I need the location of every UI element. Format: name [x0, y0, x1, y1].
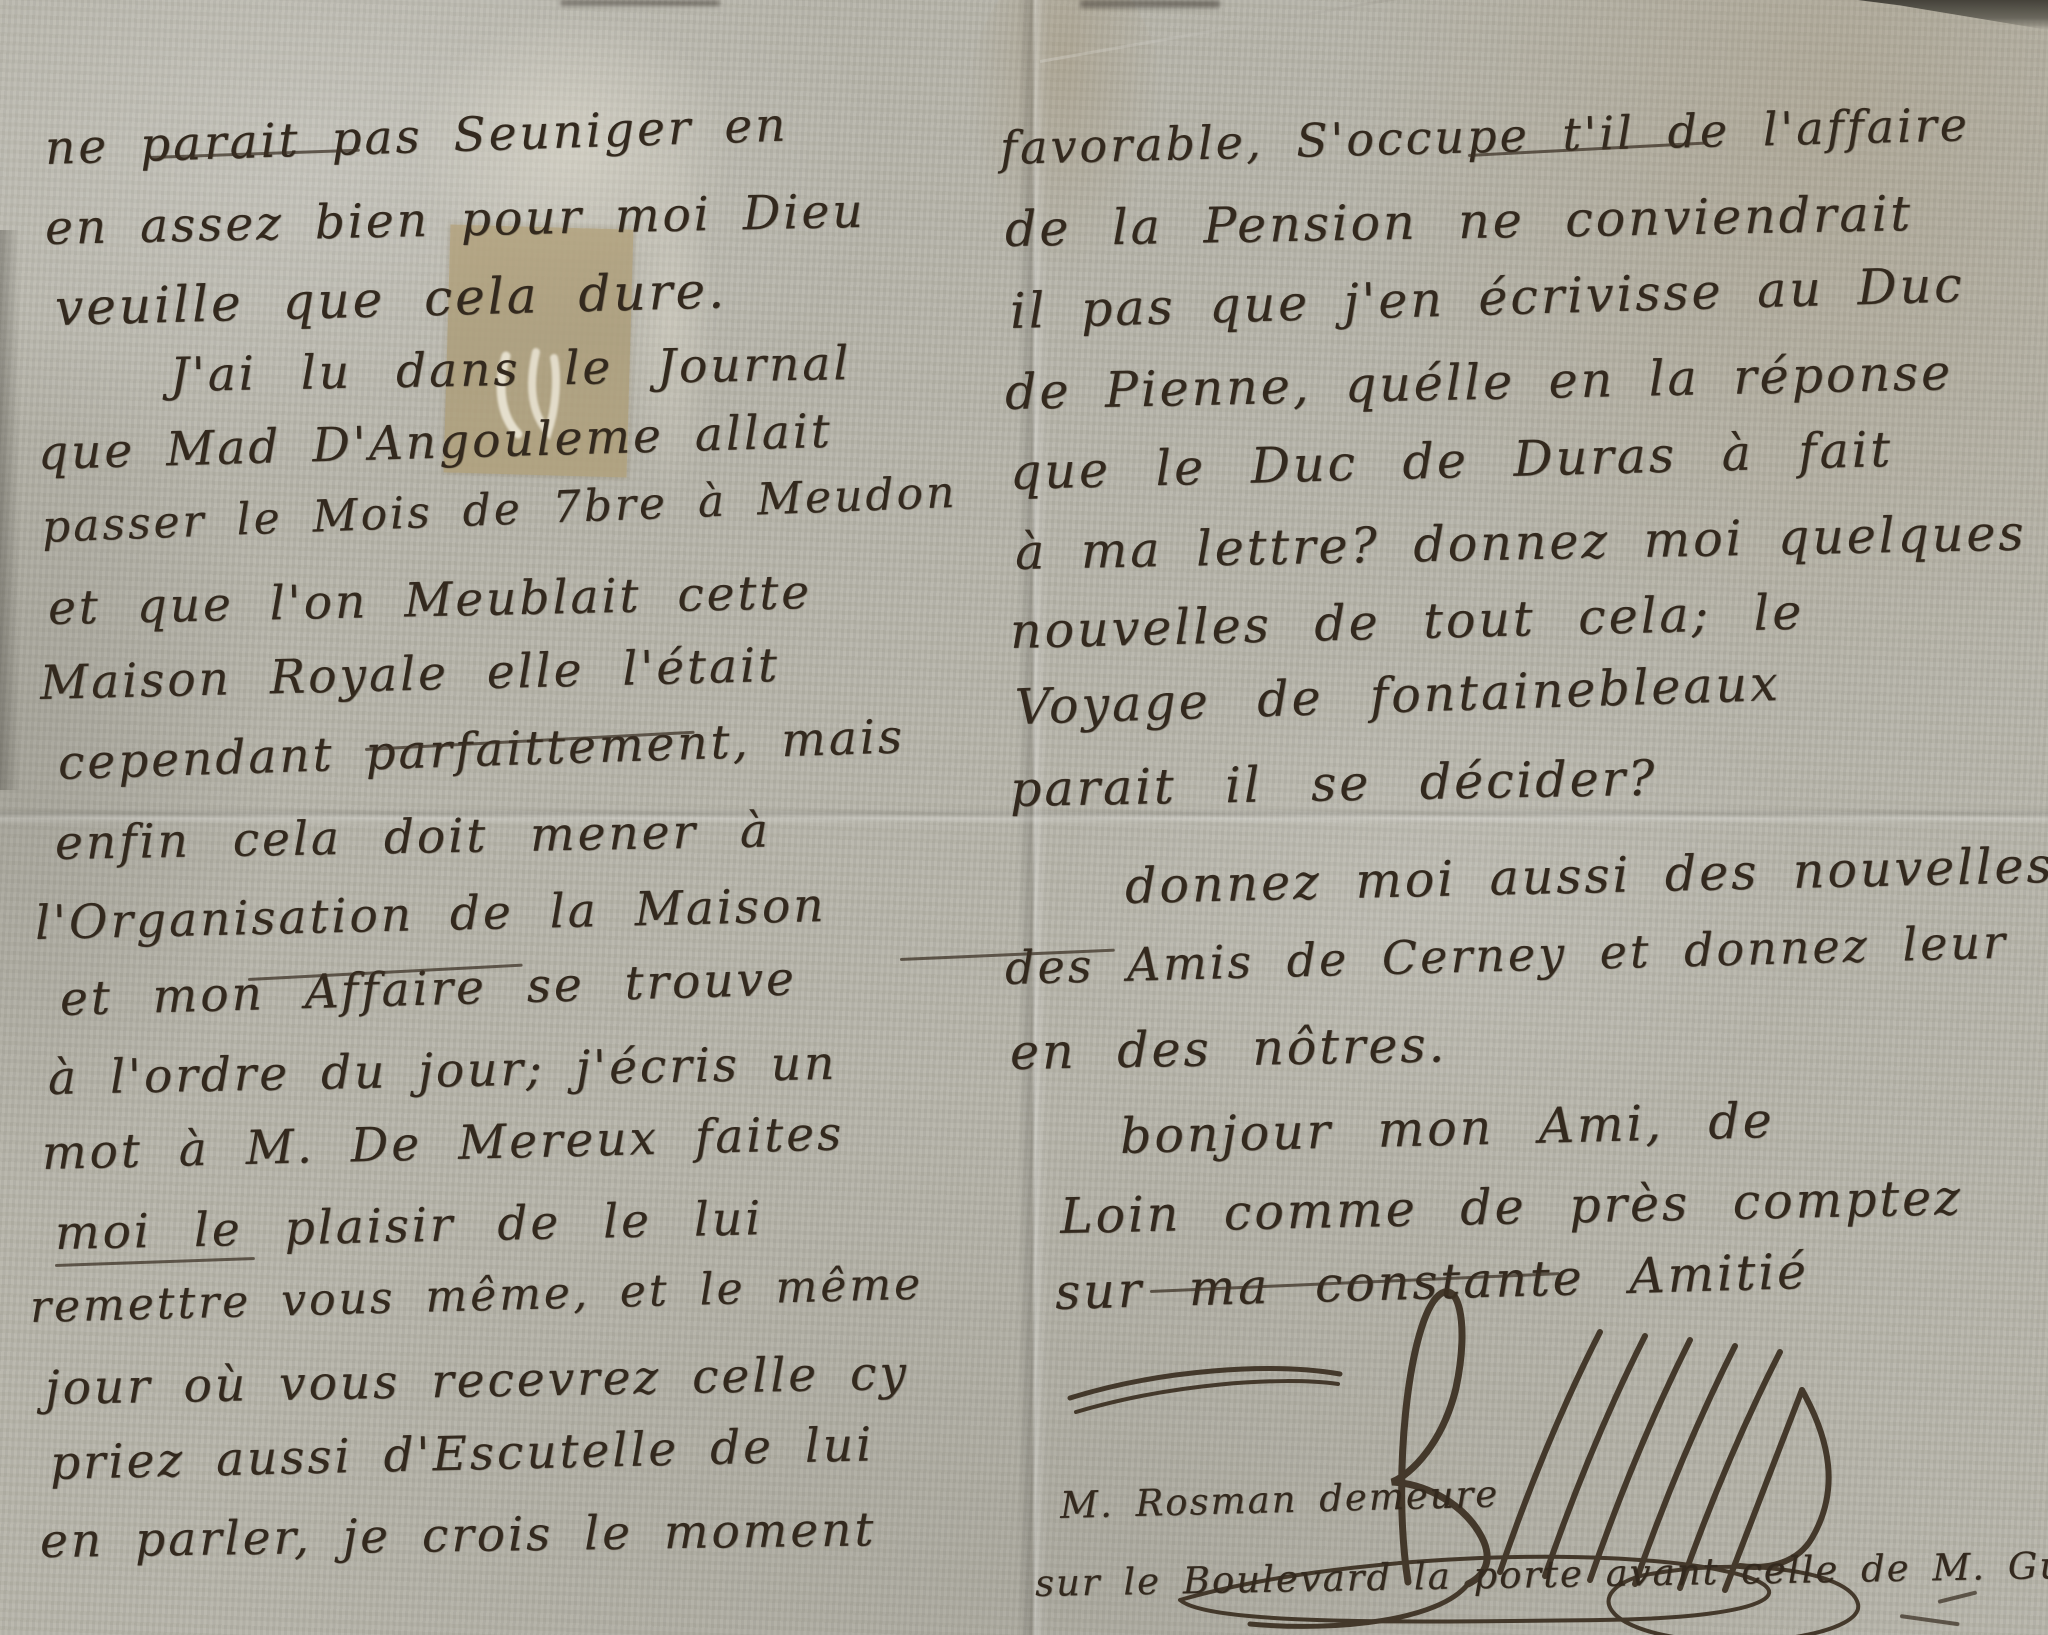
postscript-line: M. Rosman demeure: [1060, 1476, 1500, 1524]
left-edge-shadow: [0, 230, 20, 790]
handwritten-line: de la Pension ne conviendrait: [1005, 189, 1914, 254]
handwritten-line: enfin cela doit mener à: [55, 808, 772, 867]
torn-edge-mark: [560, 0, 720, 6]
handwritten-line: J'ai lu dans le Journal: [170, 340, 852, 399]
handwritten-line: en des nôtres.: [1010, 1020, 1448, 1077]
handwritten-line: parait il se décider?: [1010, 754, 1658, 814]
handwritten-line: à l'ordre du jour; j'écris un: [48, 1040, 838, 1102]
handwritten-line: jour où vous recevrez celle cy: [45, 1350, 910, 1412]
handwritten-line: en parler, je crois le moment: [40, 1506, 877, 1565]
torn-edge-mark: [1080, 0, 1220, 8]
letter-photo: ne parait pas Seuniger en en assez bien …: [0, 0, 2048, 1635]
handwritten-line: bonjour mon Ami, de: [1119, 1096, 1775, 1161]
handwritten-line: moi le plaisir de le lui: [55, 1195, 764, 1257]
